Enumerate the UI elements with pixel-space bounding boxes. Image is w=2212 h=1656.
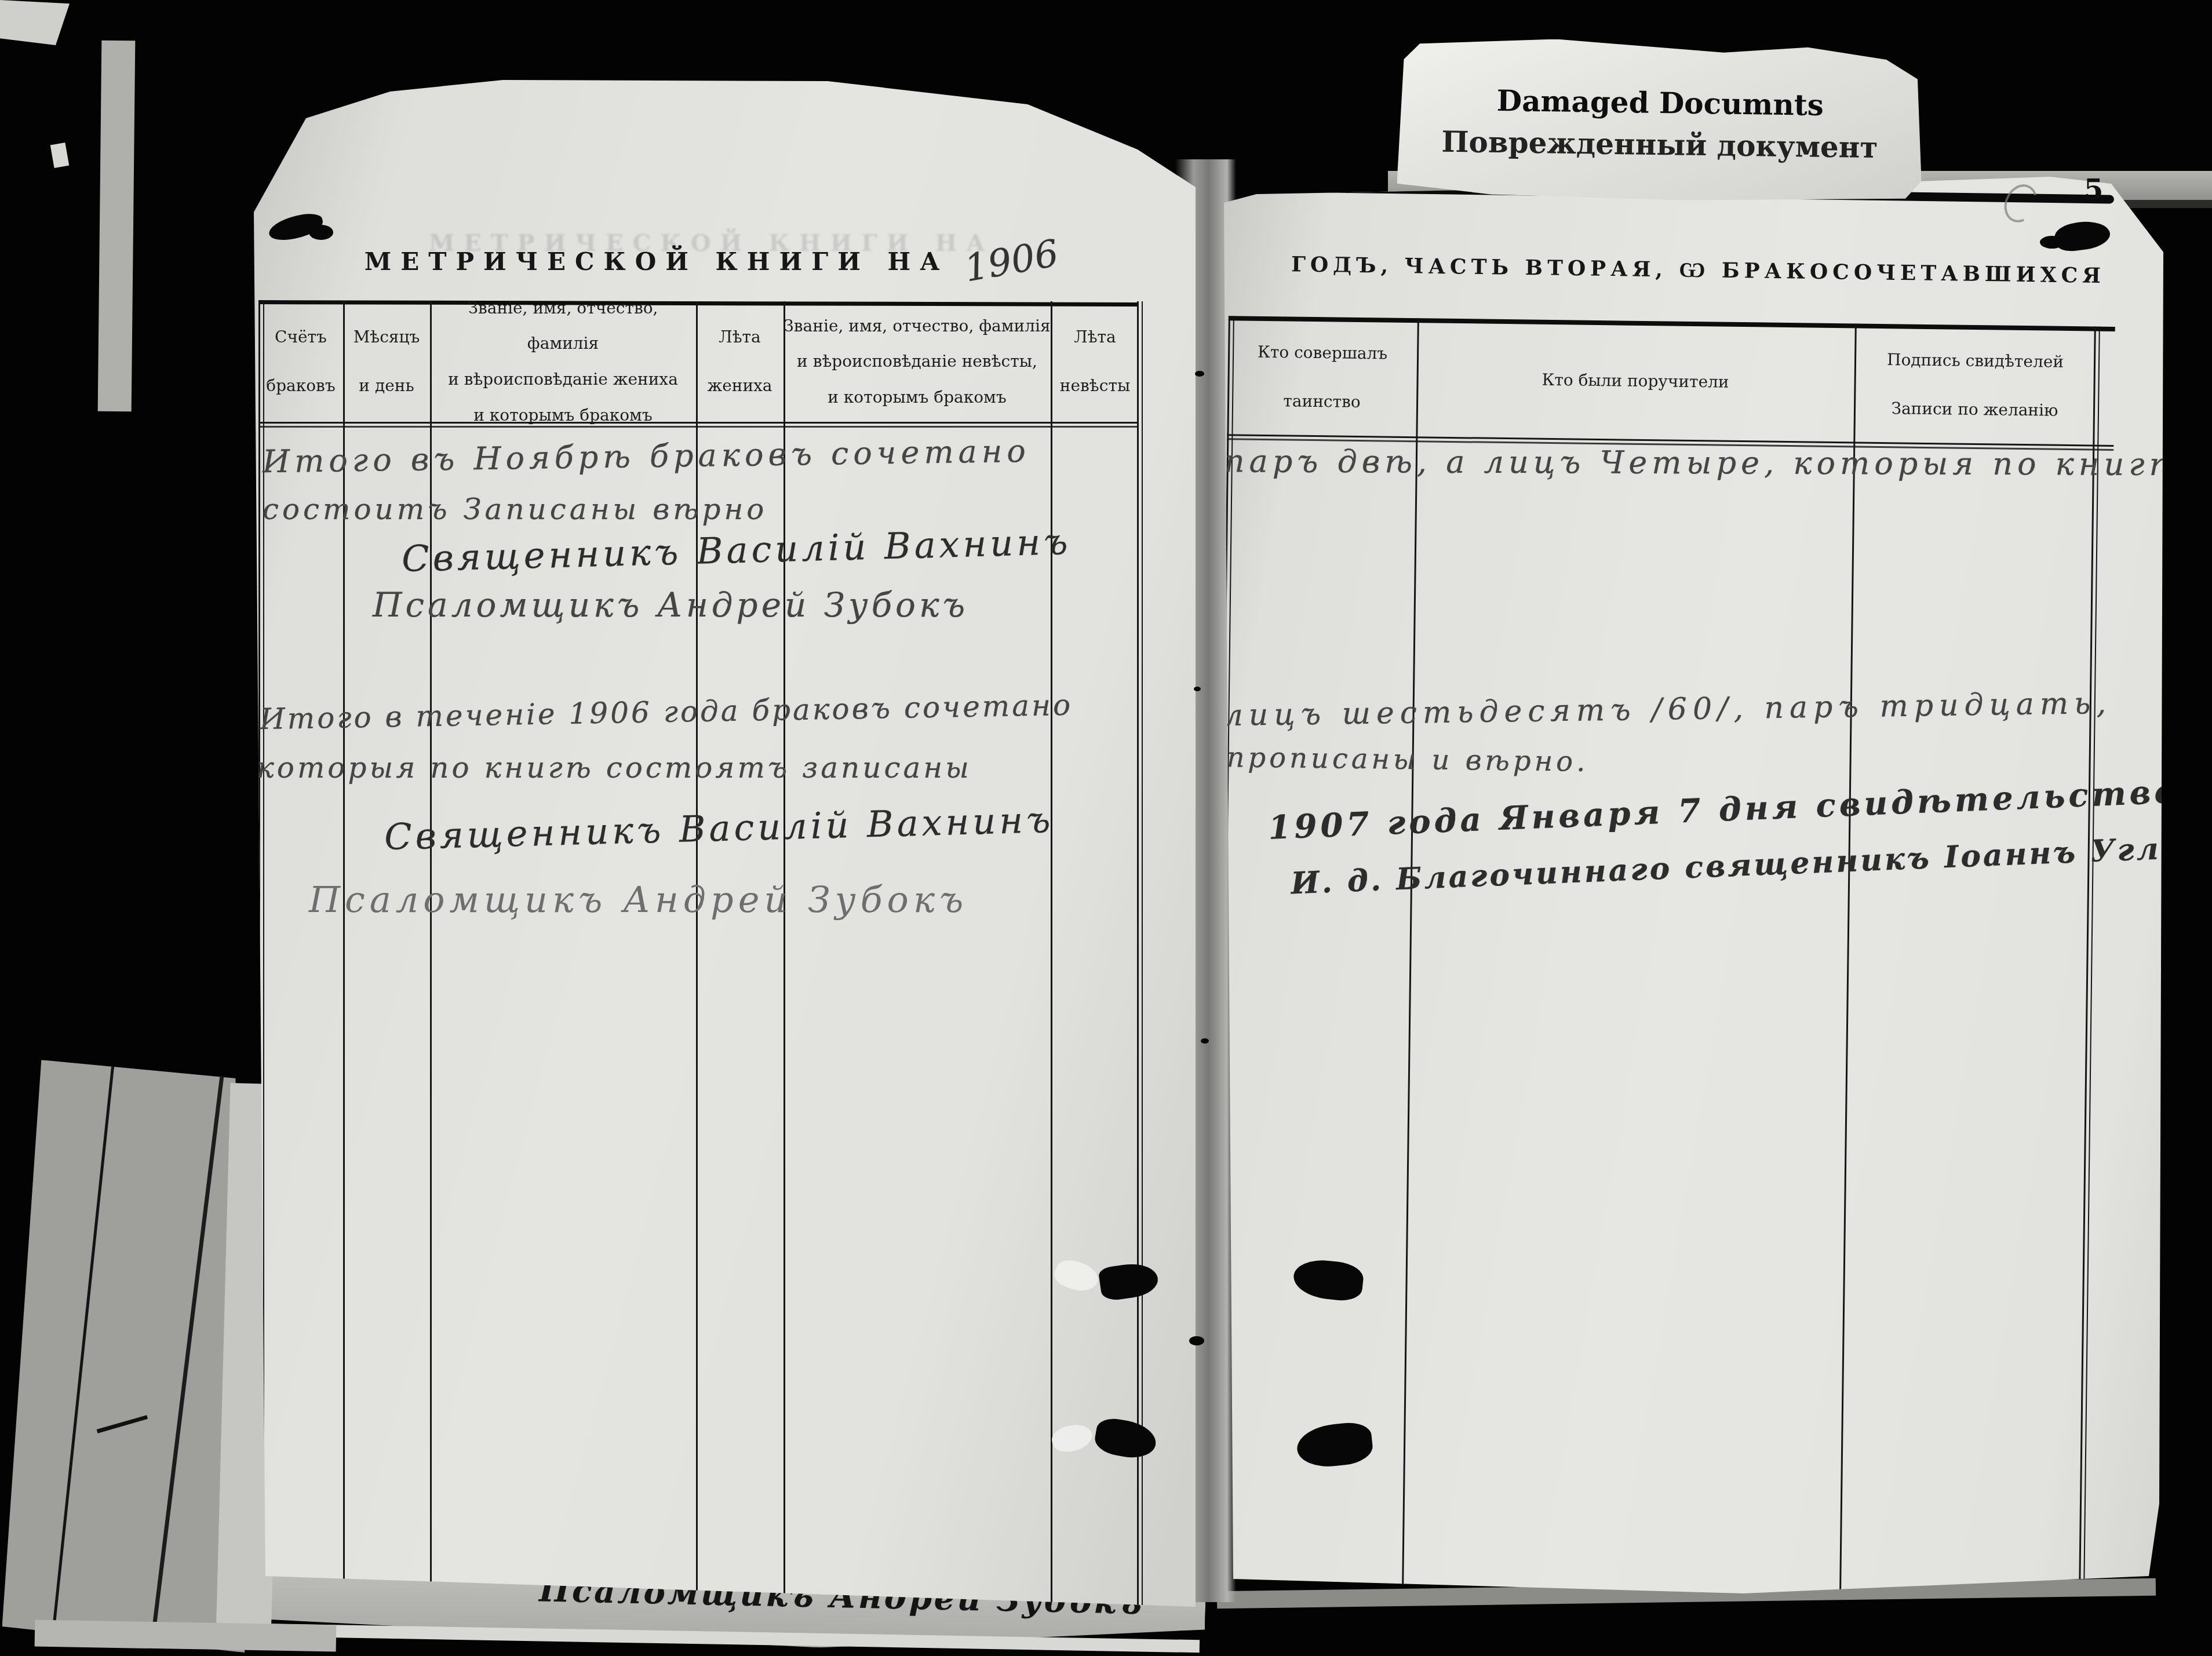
sheet-rule-line [150, 1067, 225, 1646]
spine-speck [1195, 371, 1204, 377]
entry-year-total-line1: лицъ шестьдесятъ /60/, паръ тридцать, [1223, 686, 2112, 733]
damage-label-russian: Поврежденный документ [1397, 124, 1922, 166]
left-page: МЕТРИЧЕСКОЙ КНИГИ НА МЕТРИЧЕСКОЙ КНИГИ Н… [254, 63, 1196, 1607]
column-header-bride-age: Лѣта невѣсты [1051, 305, 1139, 418]
table-border-right [2079, 326, 2096, 1595]
sheet-ink-mark [97, 1415, 148, 1434]
right-page: ГОДЪ, ЧАСТЬ ВТОРАЯ, Ѡ БРАКОСОЧЕТАВШИХСЯ … [1222, 171, 2163, 1602]
psalmist-signature: Псаломщикъ Андрей Зубокъ [309, 878, 968, 921]
entry-year-total-line2: прописаны и вѣрно. [1226, 741, 1588, 778]
entry-year-total-line2: которыя по книгѣ состоятъ записаны [257, 751, 972, 785]
attestation-note: 1907 года Января 7 дня свидѣтельствовалъ… [1267, 774, 2153, 948]
entry-november-line2: состоитъ Записаны вѣрно [263, 493, 767, 526]
table-column-line [784, 301, 785, 1605]
paper-speck [50, 143, 70, 168]
spine-speck [1201, 1038, 1209, 1044]
column-header-bride-details: Званіе, имя, отчество, фамилія и вѣроисп… [784, 305, 1051, 418]
table-column-line [1051, 301, 1052, 1605]
loose-sheet-foot [35, 1619, 337, 1651]
table-column-line [1839, 323, 1857, 1592]
right-table-group: Кто совершалъ таинство Кто были поручите… [1206, 166, 2165, 1609]
table-header-bottom-rule [258, 422, 1137, 424]
table-border-right-inner [1142, 301, 1143, 1605]
paper-edge-sliver [98, 41, 136, 412]
table-column-line [1402, 318, 1419, 1587]
column-header-month-day: Мѣсяцъ и день [343, 305, 430, 418]
table-border-right [1137, 301, 1139, 1605]
column-header-witness-signature: Подпись свидѣтелей Записи по желанію [1853, 329, 2096, 441]
page-heading-year-handwritten: 1906 [961, 232, 1062, 290]
column-header-groom-age: Лѣта жениха [696, 305, 784, 418]
page-number: 5 [2084, 174, 2103, 206]
damaged-document-label: Damaged Documnts Поврежденный документ [1397, 37, 1923, 204]
page-heading-title: МЕТРИЧЕСКОЙ КНИГИ НА [365, 247, 949, 276]
damage-label-english: Damaged Documnts [1398, 82, 1923, 124]
paper-scrap-top-left [0, 0, 70, 45]
priest-signature: Священникъ Василій Вахнинъ [401, 520, 1072, 580]
entry-november-line1: Итого въ Ноябрѣ браковъ сочетано [263, 433, 1031, 480]
entry-year-total-line1: Итого в теченіе 1906 года браковъ сочета… [260, 688, 1073, 736]
column-header-groom-details: Званіе, имя, отчество, фамилія и вѣроисп… [430, 305, 696, 418]
entry-november-continuation: паръ двѣ, а лицъ Четыре, которыя по книг… [1225, 443, 2182, 483]
column-header-officiant: Кто совершалъ таинство [1227, 322, 1417, 433]
page-heading: МЕТРИЧЕСКОЙ КНИГИ НА 1906 [289, 236, 1135, 279]
sheet-rule-line [51, 1063, 115, 1642]
psalmist-signature: Псаломщикъ Андрей Зубокъ [373, 585, 968, 625]
spine-speck [1194, 687, 1201, 691]
photo-stage: Псаломщикъ Андрей Зубокъ МЕТРИЧЕСКОЙ КНИ… [0, 0, 2212, 1656]
spine-speck [1189, 1336, 1204, 1345]
column-header-marriage-count: Счётъ браковъ [258, 305, 343, 418]
column-header-guarantors: Кто были поручители [1416, 324, 1854, 438]
priest-signature: Священникъ Василій Вахнинъ [384, 798, 1054, 858]
